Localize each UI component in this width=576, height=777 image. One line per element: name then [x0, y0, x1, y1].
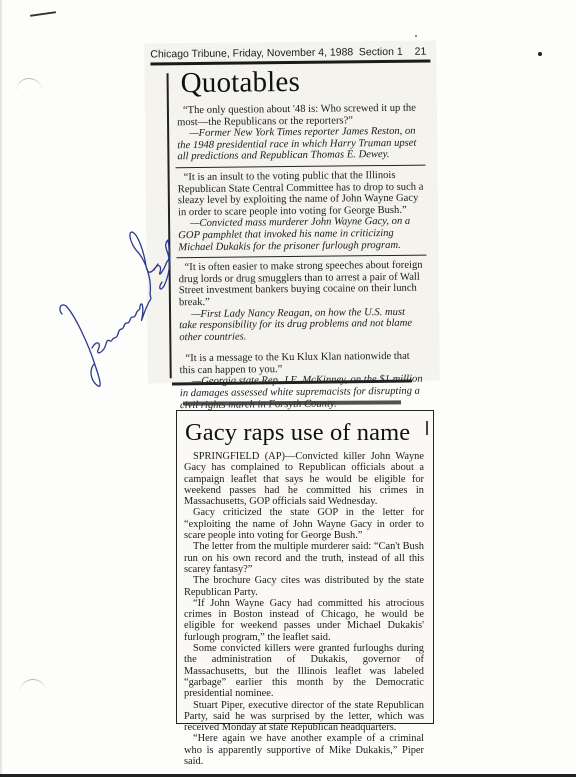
article-headline: Gacy raps use of name	[185, 419, 410, 447]
article-paragraph: Some convicted killers were granted furl…	[184, 643, 424, 699]
gacy-article-clipping: Gacy raps use of name SPRINGFIELD (AP)—C…	[176, 410, 434, 724]
article-paragraph: “Here again we have another example of a…	[184, 733, 424, 767]
pen-mark	[30, 11, 56, 17]
article-paragraph: “If John Wayne Gacy had committed his at…	[184, 598, 424, 643]
page-edge	[0, 0, 2, 777]
article-paragraph: SPRINGFIELD (AP)—Convicted killer John W…	[184, 451, 424, 507]
signature-john-wayne-gacy	[58, 222, 178, 398]
article-paragraph: The brochure Gacy cites was distributed …	[184, 575, 424, 598]
quote-text: “It is an insult to the voting public th…	[178, 170, 424, 219]
quote-item: “It is often easier to make strong speec…	[177, 260, 428, 348]
ink-speck	[538, 52, 542, 56]
hole-punch-top	[16, 78, 42, 93]
page-number: 21	[415, 46, 427, 58]
quote-attribution: —Former New York Times reporter James Re…	[177, 126, 423, 163]
quote-text: “The only question about '48 is: Who scr…	[177, 103, 423, 129]
section-label: Section 1	[359, 46, 403, 58]
quote-attribution: —First Lady Nancy Reagan, on how the U.S…	[179, 306, 425, 343]
ink-speck	[415, 35, 417, 37]
quote-text: “It is a message to the Ku Klux Klan nat…	[179, 351, 425, 377]
quote-attribution: —Convicted mass murderer John Wayne Gacy…	[178, 216, 424, 253]
quote-item: “The only question about '48 is: Who scr…	[175, 103, 426, 169]
dateline: SPRINGFIELD (AP)	[193, 451, 285, 462]
quotables-clipping: Chicago Tribune, Friday, November 4, 198…	[144, 40, 440, 383]
newspaper-header: Chicago Tribune, Friday, November 4, 198…	[150, 46, 430, 66]
article-paragraph: Stuart Piper, executive director of the …	[184, 700, 424, 734]
margin-mark	[426, 421, 428, 435]
article-body: SPRINGFIELD (AP)—Convicted killer John W…	[184, 451, 424, 767]
quotables-title: Quotables	[180, 66, 300, 100]
quote-text: “It is often easier to make strong speec…	[179, 260, 425, 309]
quote-item: “It is an insult to the voting public th…	[176, 170, 427, 259]
article-paragraph: Gacy criticized the state GOP in the let…	[184, 507, 424, 541]
article-paragraph: The letter from the multiple murderer sa…	[184, 541, 424, 575]
hole-punch-bottom	[20, 679, 46, 694]
paper-date: Chicago Tribune, Friday, November 4, 198…	[150, 46, 353, 60]
quotables-body: “The only question about '48 is: Who scr…	[175, 103, 428, 416]
